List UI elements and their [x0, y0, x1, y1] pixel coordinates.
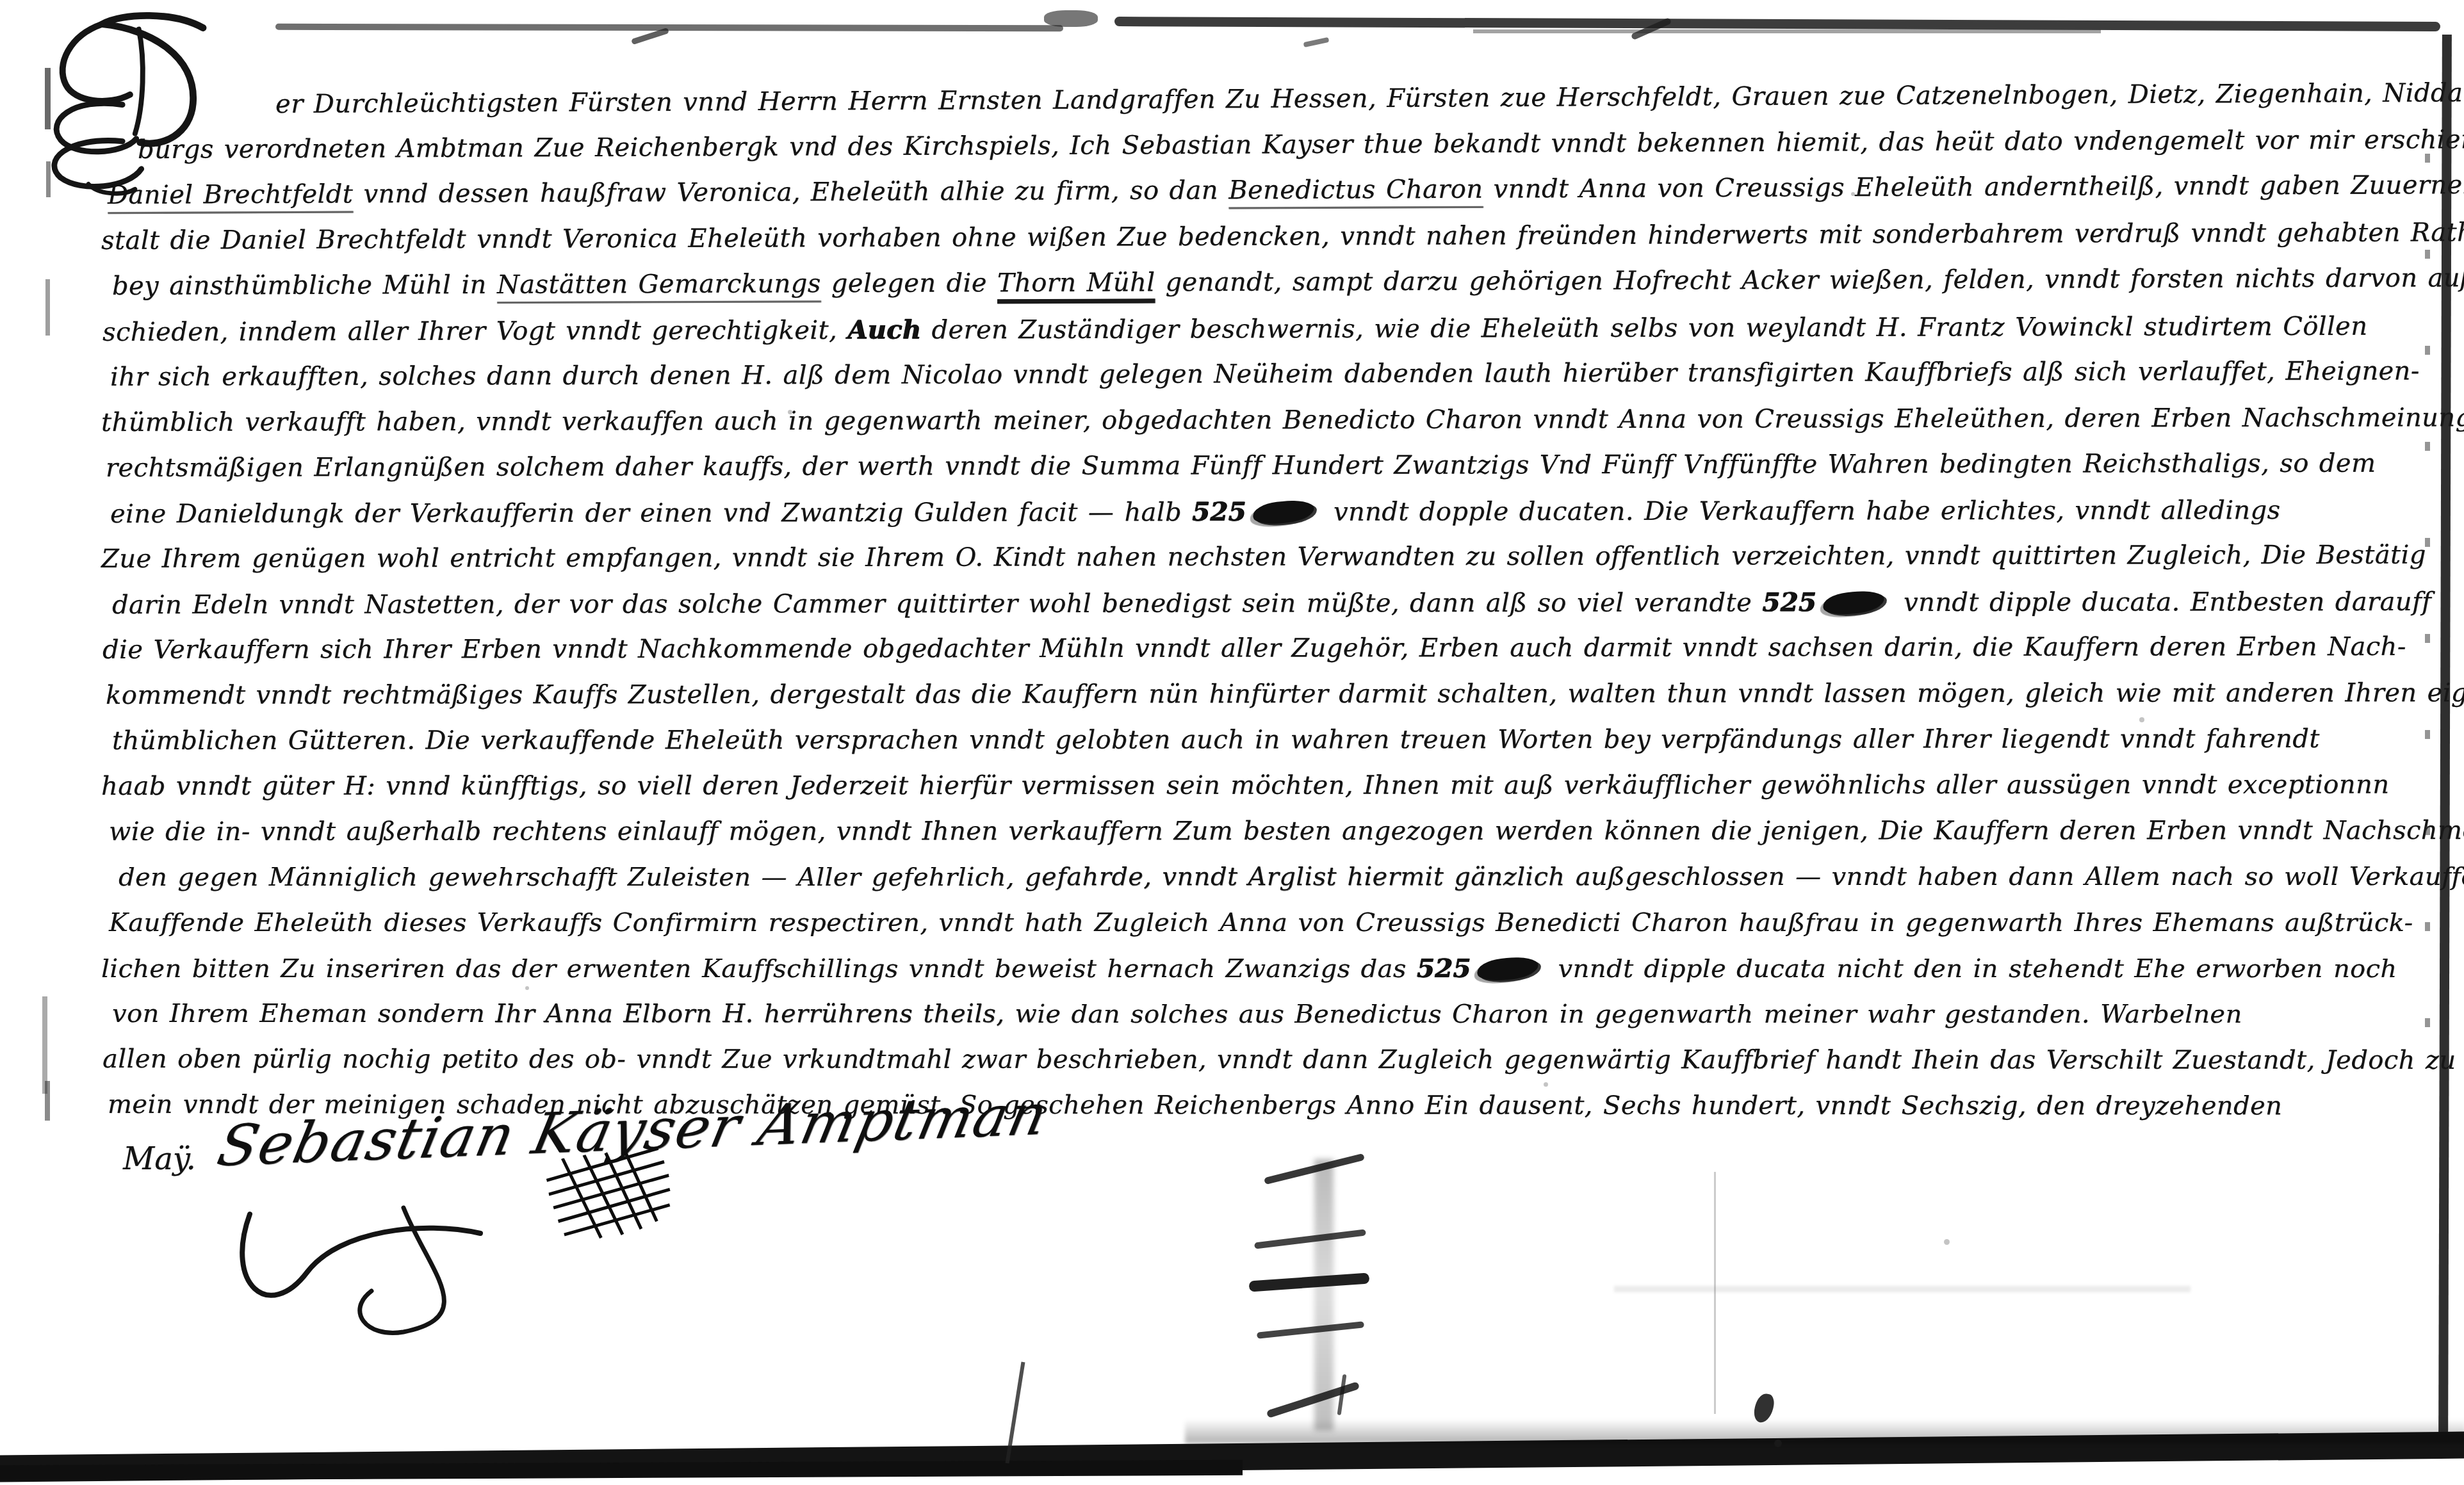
text-segment: Kauffende Eheleüth dieses Verkauffs Conf… [109, 908, 2413, 937]
signature-flourish [211, 1195, 570, 1342]
scan-edge-top [275, 24, 1063, 32]
manuscript-line: schieden, inndem aller Ihrer Vogt vnndt … [102, 311, 2367, 347]
ink-stroke [1254, 1229, 1366, 1249]
manuscript-line: allen oben pürlig nochig petito des ob- … [102, 1044, 2456, 1075]
underlined-phrase: Benedictus Charon [1228, 175, 1483, 206]
initial-letter-flourish-drawing [24, 10, 271, 199]
manuscript-line: Daniel Brechtfeldt vnnd dessen haußfraw … [108, 170, 2464, 210]
text-segment: gelegen die [821, 268, 997, 298]
text-segment: von Ihrem Eheman sondern Ihr Anna Elborn… [112, 999, 2242, 1029]
paper-speck [1544, 1082, 1548, 1087]
manuscript-line: rechtsmäßigen Erlangnüßen solchem daher … [106, 449, 2376, 483]
paper-speck [788, 410, 792, 414]
ink-blot-rthl [1252, 498, 1315, 526]
underlined-phrase: Daniel Brechtfeldt [108, 179, 353, 210]
scan-edge-bottom-smudge [1185, 1419, 2464, 1443]
ink-blot-rthl [1822, 588, 1885, 617]
ink-dot [1774, 1440, 1782, 1447]
manuscript-line: burgs verordneten Ambtman Zue Reichenber… [138, 124, 2464, 165]
manuscript-line: er Durchleüchtigsten Fürsten vnnd Herrn … [275, 77, 2464, 119]
text-segment: Auch [847, 315, 921, 345]
text-segment: genandt, sampt darzu gehörigen Hofrecht … [1155, 263, 2464, 297]
stray-ink-mark [1303, 37, 1330, 47]
text-segment: haab vnndt güter H: vnnd künfftigs, so v… [101, 770, 2389, 801]
manuscript-line: stalt die Daniel Brechtfeldt vnndt Veron… [101, 218, 2464, 256]
manuscript-line: lichen bitten Zu inseriren das der erwen… [101, 953, 2397, 984]
scan-edge-right-specks [2425, 154, 2430, 1114]
text-segment: burgs verordneten Ambtman Zue Reichenber… [138, 124, 2464, 165]
fold-crease-vertical [1714, 1172, 1716, 1414]
text-segment: ihr sich erkaufften, solches dann durch … [110, 357, 2420, 392]
text-segment: wie die in- vnndt außerhalb rechtens ein… [109, 816, 2464, 847]
text-segment: die Verkauffern sich Ihrer Erben vnndt N… [102, 632, 2406, 665]
manuscript-line: thümblich verkaufft haben, vnndt verkauf… [101, 403, 2464, 437]
text-segment: Zue Ihrem genügen wohl entricht empfange… [101, 540, 2426, 574]
text-segment: schieden, inndem aller Ihrer Vogt vnndt … [102, 316, 847, 347]
ink-stroke [1257, 1321, 1364, 1339]
text-segment: 525 [1417, 953, 1471, 984]
manuscript-line: darin Edeln vnndt Nastetten, der vor das… [112, 587, 2431, 620]
paper-speck [1944, 1239, 1950, 1245]
manuscript-line: eine Danieldungk der Verkaufferin der ei… [110, 495, 2280, 529]
fold-crease-horizontal [1614, 1286, 2191, 1292]
scan-edge-left [45, 68, 51, 129]
text-segment: vnndt dipple ducata. Entbesten darauff [1893, 587, 2432, 617]
text-segment: 525 [1192, 497, 1246, 527]
date-month-label: Maÿ. [123, 1141, 196, 1177]
text-segment: darin Edeln vnndt Nastetten, der vor das… [112, 588, 1762, 620]
scan-edge-top [1473, 29, 2101, 33]
manuscript-line: bey ainsthümbliche Mühl in Nastätten Gem… [112, 263, 2464, 301]
text-segment: vnndt dopple ducaten. Die Verkauffern ha… [1323, 496, 2281, 527]
paper-speck [1851, 192, 1855, 196]
manuscript-line: ihr sich erkaufften, solches dann durch … [110, 357, 2420, 392]
manuscript-line: Kauffende Eheleüth dieses Verkauffs Conf… [109, 908, 2413, 937]
text-segment: kommendt vnndt rechtmäßiges Kauffs Zuste… [106, 678, 2464, 710]
text-segment: bey ainsthümbliche Mühl in [112, 270, 497, 301]
text-segment: thümblich verkaufft haben, vnndt verkauf… [101, 403, 2464, 437]
manuscript-line: haab vnndt güter H: vnnd künfftigs, so v… [101, 770, 2389, 801]
text-segment: rechtsmäßigen Erlangnüßen solchem daher … [106, 449, 2376, 483]
text-segment: vnndt dipple ducata nicht den in stehend… [1547, 954, 2397, 984]
manuscript-line: wie die in- vnndt außerhalb rechtens ein… [109, 816, 2464, 847]
scan-edge-left [42, 996, 47, 1094]
initial-letter-D [24, 10, 271, 199]
manuscript-line: von Ihrem Eheman sondern Ihr Anna Elborn… [112, 999, 2242, 1029]
manuscript-page: er Durchleüchtigsten Fürsten vnnd Herrn … [0, 0, 2464, 1485]
text-segment: vnnd dessen haußfraw Veronica, Eheleüth … [353, 175, 1228, 209]
manuscript-line: die Verkauffern sich Ihrer Erben vnndt N… [102, 632, 2406, 665]
text-segment: deren Zuständiger beschwernis, wie die E… [921, 312, 2367, 345]
text-segment: stalt die Daniel Brechtfeldt vnndt Veron… [101, 218, 2464, 256]
manuscript-line: thümblichen Gütteren. Die verkauffende E… [112, 724, 2320, 756]
text-segment: 525 [1762, 587, 1816, 617]
scan-edge-notch [1044, 10, 1098, 27]
text-segment: lichen bitten Zu inseriren das der erwen… [101, 954, 1417, 984]
text-segment: vnndt Anna von Creussigs Eheleüth andern… [1483, 170, 2464, 204]
scan-edge-left [46, 161, 51, 197]
text-segment: allen oben pürlig nochig petito des ob- … [102, 1044, 2456, 1075]
manuscript-line: kommendt vnndt rechtmäßiges Kauffs Zuste… [106, 678, 2464, 710]
text-segment: er Durchleüchtigsten Fürsten vnnd Herrn … [275, 77, 2464, 119]
text-segment: eine Danieldungk der Verkaufferin der ei… [110, 498, 1192, 529]
manuscript-line: Zue Ihrem genügen wohl entricht empfange… [101, 540, 2426, 574]
manuscript-line: den gegen Männiglich gewehrschafft Zulei… [118, 862, 2464, 892]
ink-blot-rthl [1476, 955, 1540, 983]
signature-paraph-crosshatch [544, 1142, 678, 1247]
underlined-phrase: Nastätten Gemarckungs [497, 269, 821, 300]
text-segment: thümblichen Gütteren. Die verkauffende E… [112, 724, 2320, 756]
text-segment: den gegen Männiglich gewehrschafft Zulei… [118, 862, 2464, 892]
scan-edge-left [45, 1081, 50, 1121]
scan-edge-left [45, 279, 50, 336]
ink-stroke [1266, 1381, 1360, 1418]
paper-speck [525, 986, 529, 990]
paper-speck [2139, 717, 2144, 722]
underlined-phrase: Thorn Mühl [997, 268, 1155, 298]
ink-stroke [1249, 1272, 1370, 1292]
